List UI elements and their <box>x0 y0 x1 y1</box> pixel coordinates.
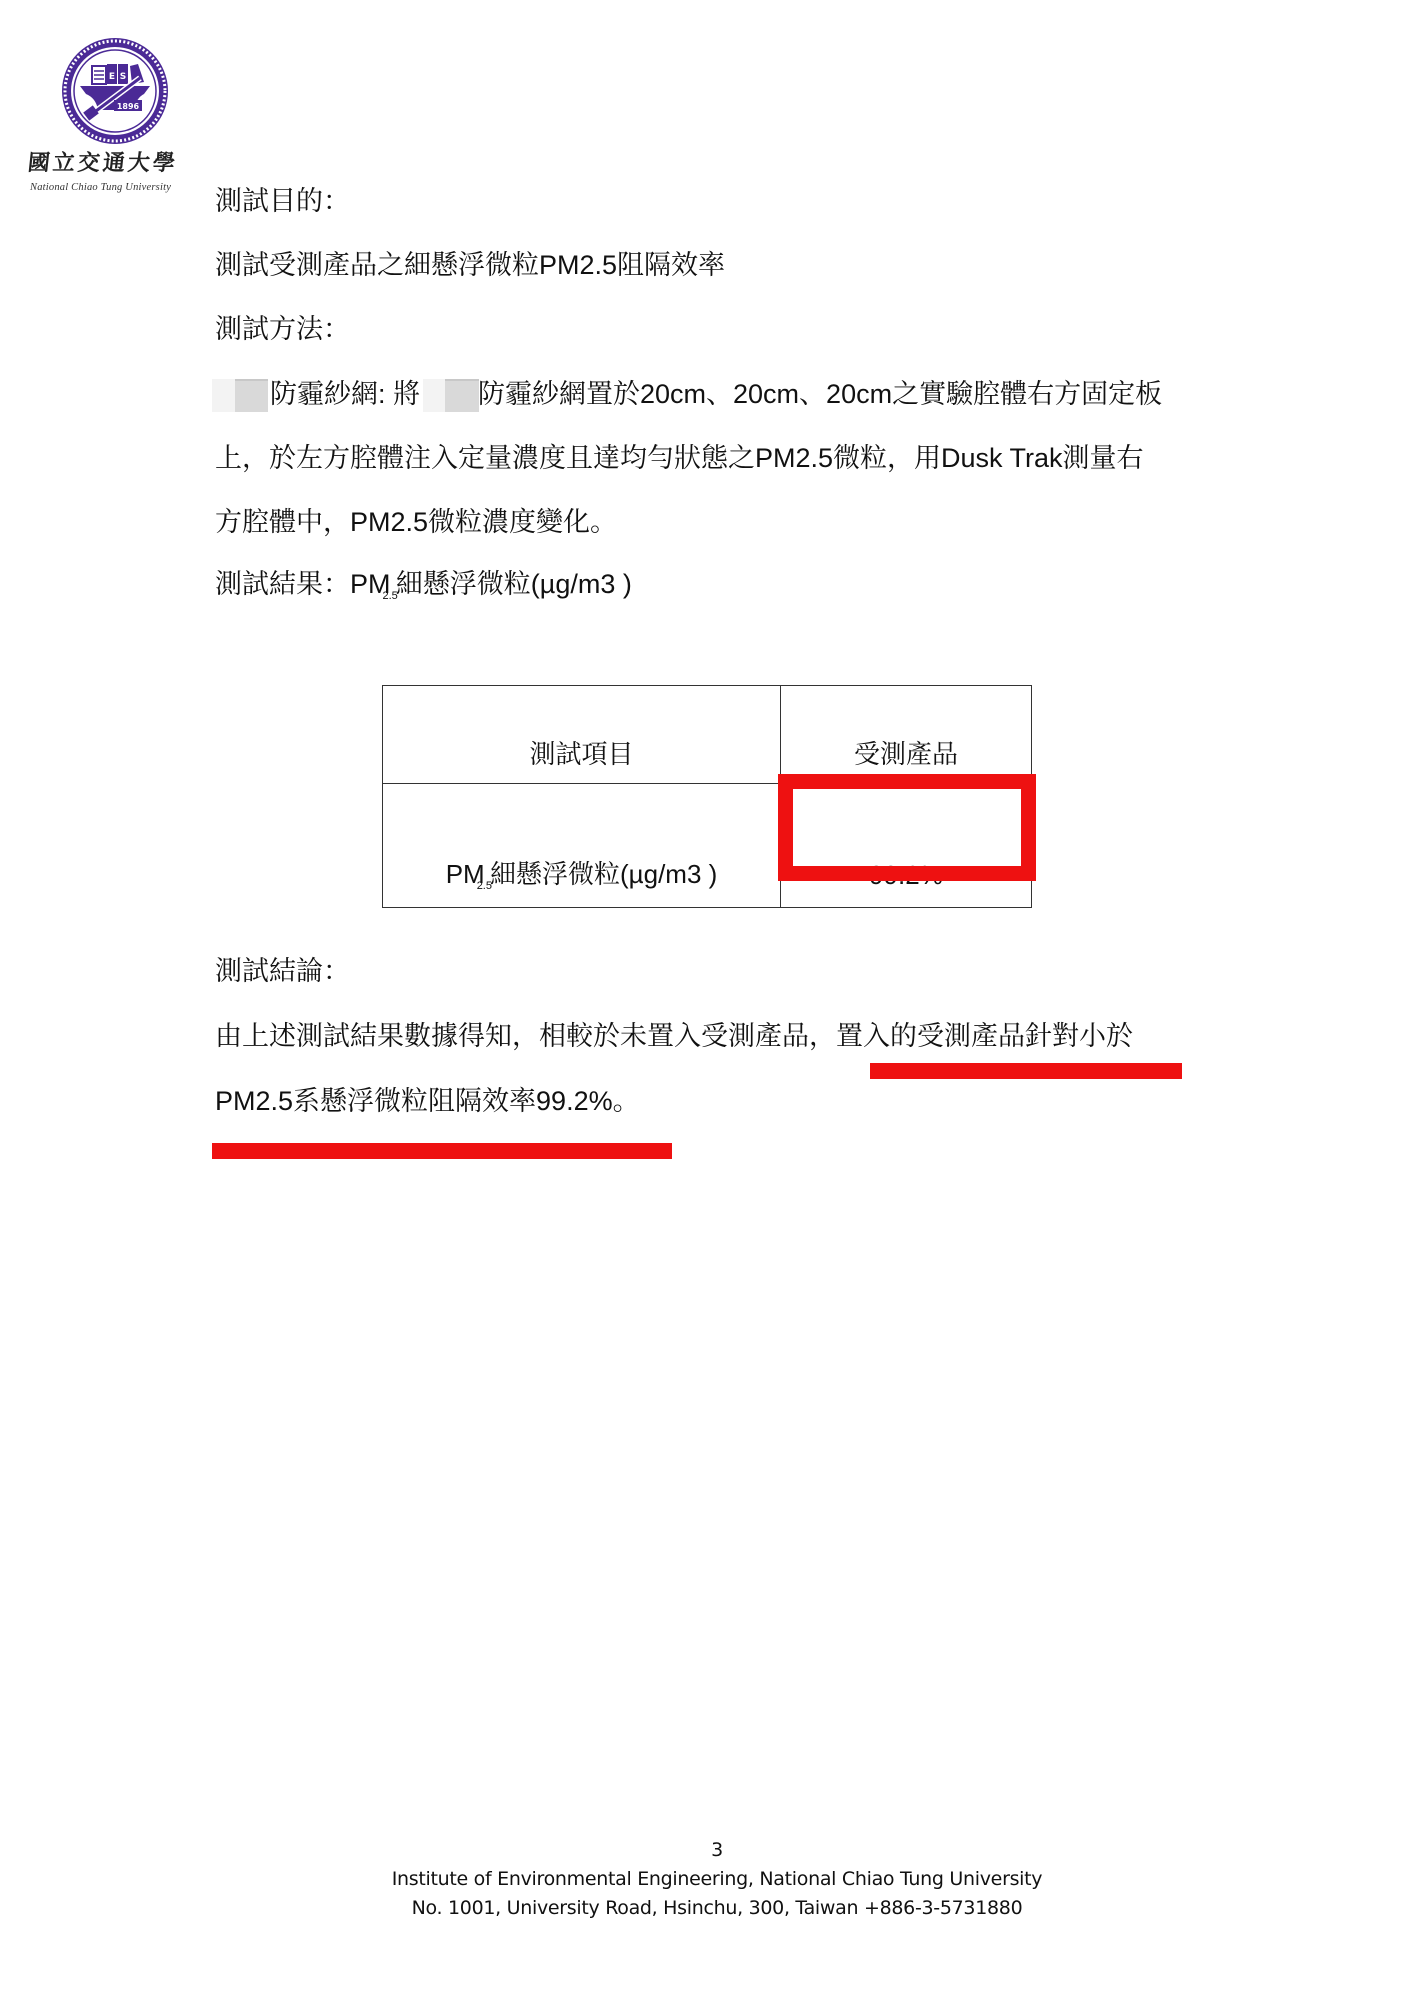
method-line-1a: 防霾紗網: 將 <box>270 377 420 411</box>
method-heading: 測試方法： <box>215 312 350 346</box>
university-name-en: National Chiao Tung University <box>30 182 171 193</box>
table-header-product: 受測產品 <box>781 686 1032 784</box>
footer-address: No. 1001, University Road, Hsinchu, 300,… <box>10 1897 1414 1919</box>
highlight-underline <box>870 1063 1182 1079</box>
conclusion-line-1a: 由上述測試結果數據得知，相較於未置入受測產品， <box>215 1021 836 1051</box>
conclusion-line-1: 由上述測試結果數據得知，相較於未置入受測產品，置入的受測產品針對小於 <box>215 1019 1133 1053</box>
table-cell-item: PM2.5細懸浮微粒(µg/m3 ) <box>383 784 781 908</box>
page-number: 3 <box>10 1839 1414 1861</box>
result-heading-subscript: 2.5 <box>383 590 398 602</box>
result-heading-suffix: 細懸浮微粒(µg/m3 ) <box>396 569 632 599</box>
seal-year-text: 1896 <box>117 102 140 111</box>
svg-text:E: E <box>109 72 115 82</box>
university-name-cn: 國立交通大學 <box>26 146 201 177</box>
highlight-underline <box>212 1143 672 1159</box>
table-header-test-item: 測試項目 <box>383 686 781 784</box>
result-heading: 測試結果：PM2.5細懸浮微粒(µg/m3 ) <box>215 567 632 607</box>
university-seal-icon: E S 1896 <box>58 34 172 148</box>
purpose-text: 測試受測產品之細懸浮微粒PM2.5阻隔效率 <box>215 248 725 282</box>
item-suffix: 細懸浮微粒(µg/m3 ) <box>490 859 717 889</box>
method-line-3: 方腔體中，PM2.5微粒濃度變化。 <box>215 505 617 539</box>
highlight-box <box>778 774 1036 881</box>
conclusion-line-1b: 置入的受測產品針對小於 <box>836 1021 1133 1051</box>
redaction-block <box>423 379 479 412</box>
conclusion-heading: 測試結論： <box>215 954 350 988</box>
svg-text:S: S <box>120 72 126 82</box>
redaction-block <box>212 379 268 412</box>
conclusion-line-2: PM2.5系懸浮微粒阻隔效率99.2%。 <box>215 1084 640 1118</box>
method-line-2: 上，於左方腔體注入定量濃度且達均勻狀態之PM2.5微粒，用Dusk Trak測量… <box>215 441 1144 475</box>
result-heading-prefix: 測試結果：PM <box>215 569 391 599</box>
method-line-1b: 防霾紗網置於20cm、20cm、20cm之實驗腔體右方固定板 <box>478 377 1162 411</box>
table-header-row: 測試項目 受測產品 <box>383 686 1032 784</box>
footer-institute: Institute of Environmental Engineering, … <box>10 1868 1414 1890</box>
purpose-heading: 測試目的： <box>215 184 350 218</box>
item-subscript: 2.5 <box>477 880 492 892</box>
